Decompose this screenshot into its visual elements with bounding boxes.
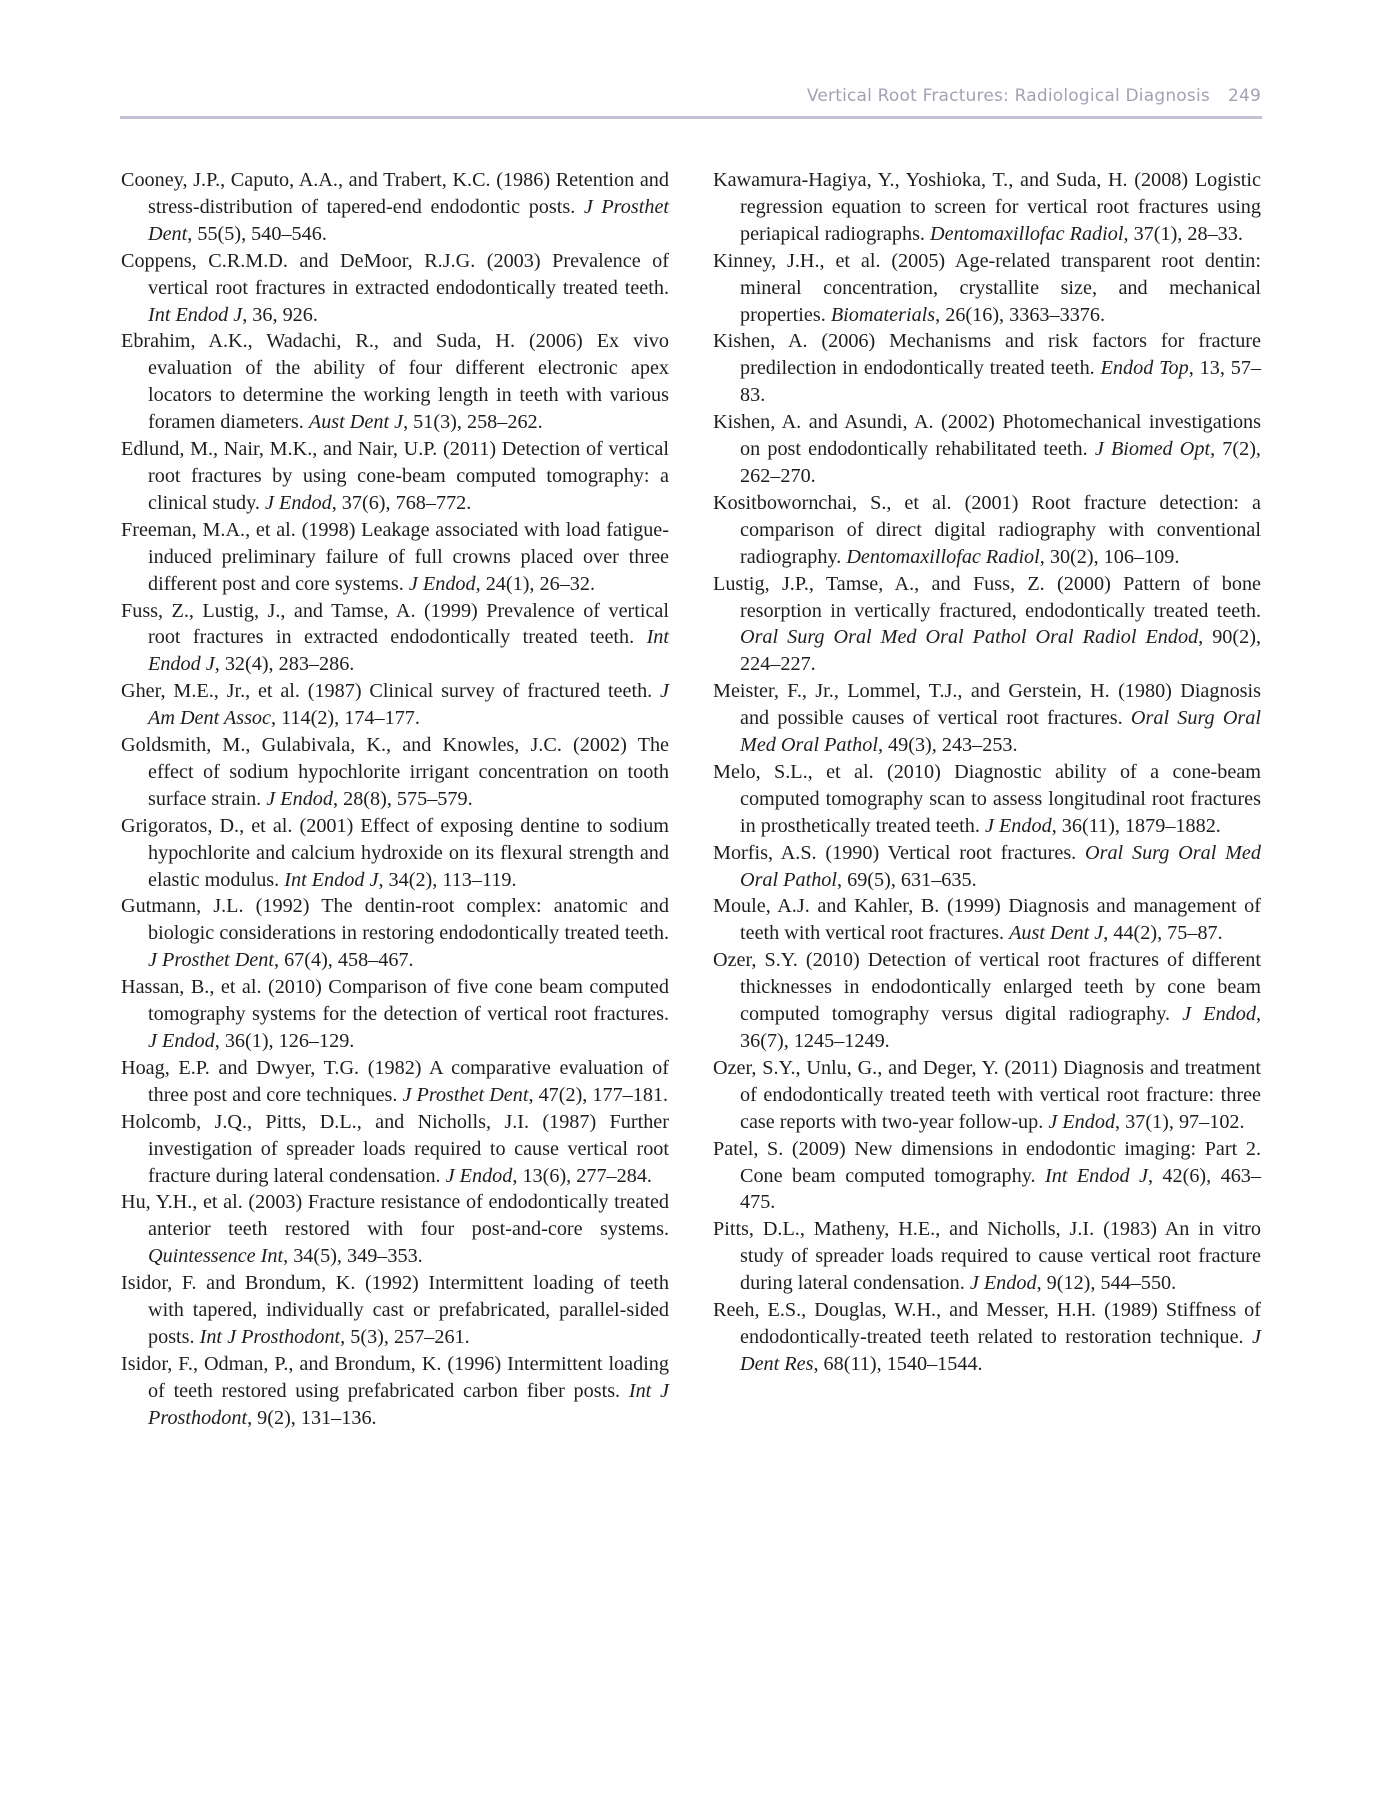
reference-entry: Kawamura-Hagiya, Y., Yoshioka, T., and S… (713, 167, 1261, 248)
journal-name: J Endod (148, 1030, 215, 1052)
reference-entry: Ebrahim, A.K., Wadachi, R., and Suda, H.… (121, 328, 669, 436)
reference-entry: Morfis, A.S. (1990) Vertical root fractu… (713, 840, 1261, 894)
reference-volume-pages: , 32(4), 283–286. (215, 653, 355, 675)
reference-entry: Hu, Y.H., et al. (2003) Fracture resista… (121, 1189, 669, 1270)
journal-name: Int J Prosthodont (200, 1326, 341, 1348)
reference-text: Gutmann, J.L. (1992) The dentin-root com… (121, 895, 669, 944)
journal-name: J Prosthet Dent (403, 1084, 529, 1106)
reference-volume-pages: , 36(1), 126–129. (215, 1030, 355, 1052)
reference-text: Lustig, J.P., Tamse, A., and Fuss, Z. (2… (713, 573, 1261, 622)
journal-name: Dentomaxillofac Radiol (930, 223, 1123, 245)
reference-volume-pages: , 24(1), 26–32. (476, 573, 595, 595)
reference-text: Isidor, F., Odman, P., and Brondum, K. (… (121, 1353, 669, 1402)
journal-name: J Endod (265, 492, 332, 514)
reference-entry: Kishen, A. and Asundi, A. (2002) Photome… (713, 409, 1261, 490)
reference-volume-pages: , 13(6), 277–284. (512, 1165, 652, 1187)
reference-volume-pages: , 37(1), 97–102. (1115, 1111, 1245, 1133)
references-column-left: Cooney, J.P., Caputo, A.A., and Trabert,… (121, 167, 669, 1432)
reference-volume-pages: , 5(3), 257–261. (340, 1326, 470, 1348)
reference-volume-pages: , 55(5), 540–546. (187, 223, 327, 245)
journal-name: Dentomaxillofac Radiol (846, 546, 1039, 568)
reference-entry: Cooney, J.P., Caputo, A.A., and Trabert,… (121, 167, 669, 248)
journal-name: Endod Top (1101, 357, 1189, 379)
reference-text: Fuss, Z., Lustig, J., and Tamse, A. (199… (121, 600, 669, 649)
journal-name: J Endod (970, 1272, 1037, 1294)
reference-text: Morfis, A.S. (1990) Vertical root fractu… (713, 842, 1085, 864)
reference-volume-pages: , 114(2), 174–177. (271, 707, 420, 729)
reference-entry: Melo, S.L., et al. (2010) Diagnostic abi… (713, 759, 1261, 840)
reference-entry: Gutmann, J.L. (1992) The dentin-root com… (121, 893, 669, 974)
page-number: 249 (1228, 86, 1261, 106)
reference-volume-pages: , 9(12), 544–550. (1037, 1272, 1177, 1294)
journal-name: Int Endod J (148, 304, 242, 326)
reference-volume-pages: , 69(5), 631–635. (837, 869, 977, 891)
journal-name: Int Endod J (284, 869, 378, 891)
reference-entry: Reeh, E.S., Douglas, W.H., and Messer, H… (713, 1297, 1261, 1378)
reference-text: Hassan, B., et al. (2010) Comparison of … (121, 976, 669, 1025)
journal-name: J Endod (409, 573, 476, 595)
journal-name: J Endod (266, 788, 333, 810)
journal-name: Oral Surg Oral Med Oral Pathol Oral Radi… (740, 626, 1198, 648)
reference-entry: Freeman, M.A., et al. (1998) Leakage ass… (121, 517, 669, 598)
journal-name: Aust Dent J (1009, 922, 1103, 944)
reference-volume-pages: , 36, 926. (242, 304, 318, 326)
reference-volume-pages: , 47(2), 177–181. (528, 1084, 668, 1106)
reference-volume-pages: , 37(1), 28–33. (1123, 223, 1242, 245)
reference-text: Reeh, E.S., Douglas, W.H., and Messer, H… (713, 1299, 1261, 1348)
reference-entry: Pitts, D.L., Matheny, H.E., and Nicholls… (713, 1216, 1261, 1297)
journal-name: J Endod (446, 1165, 513, 1187)
reference-volume-pages: , 37(6), 768–772. (332, 492, 472, 514)
journal-name: Int Endod J (1045, 1165, 1148, 1187)
reference-entry: Kishen, A. (2006) Mechanisms and risk fa… (713, 328, 1261, 409)
reference-entry: Kositbowornchai, S., et al. (2001) Root … (713, 490, 1261, 571)
reference-volume-pages: , 34(2), 113–119. (378, 869, 516, 891)
reference-volume-pages: , 26(16), 3363–3376. (935, 304, 1105, 326)
references-column-right: Kawamura-Hagiya, Y., Yoshioka, T., and S… (713, 167, 1261, 1378)
reference-volume-pages: , 30(2), 106–109. (1040, 546, 1180, 568)
reference-text: Gher, M.E., Jr., et al. (1987) Clinical … (121, 680, 660, 702)
reference-entry: Fuss, Z., Lustig, J., and Tamse, A. (199… (121, 598, 669, 679)
header-rule (120, 116, 1262, 119)
reference-text: Ozer, S.Y. (2010) Detection of vertical … (713, 949, 1261, 1025)
reference-entry: Lustig, J.P., Tamse, A., and Fuss, Z. (2… (713, 571, 1261, 679)
running-head: Vertical Root Fractures: Radiological Di… (120, 86, 1261, 106)
running-head-title: Vertical Root Fractures: Radiological Di… (807, 86, 1210, 106)
reference-volume-pages: , 28(8), 575–579. (333, 788, 473, 810)
journal-name: J Endod (1048, 1111, 1115, 1133)
journal-name: J Endod (985, 815, 1052, 837)
reference-entry: Ozer, S.Y., Unlu, G., and Deger, Y. (201… (713, 1055, 1261, 1136)
reference-entry: Edlund, M., Nair, M.K., and Nair, U.P. (… (121, 436, 669, 517)
reference-entry: Goldsmith, M., Gulabivala, K., and Knowl… (121, 732, 669, 813)
journal-name: Biomaterials (831, 304, 935, 326)
reference-entry: Patel, S. (2009) New dimensions in endod… (713, 1136, 1261, 1217)
reference-text: Coppens, C.R.M.D. and DeMoor, R.J.G. (20… (121, 250, 669, 299)
reference-entry: Moule, A.J. and Kahler, B. (1999) Diagno… (713, 893, 1261, 947)
reference-entry: Hassan, B., et al. (2010) Comparison of … (121, 974, 669, 1055)
journal-name: Aust Dent J (309, 411, 403, 433)
reference-volume-pages: , 49(3), 243–253. (878, 734, 1018, 756)
reference-entry: Isidor, F., Odman, P., and Brondum, K. (… (121, 1351, 669, 1432)
reference-volume-pages: , 67(4), 458–467. (274, 949, 414, 971)
reference-entry: Isidor, F. and Brondum, K. (1992) Interm… (121, 1270, 669, 1351)
reference-entry: Grigoratos, D., et al. (2001) Effect of … (121, 813, 669, 894)
reference-entry: Coppens, C.R.M.D. and DeMoor, R.J.G. (20… (121, 248, 669, 329)
reference-volume-pages: , 68(11), 1540–1544. (813, 1353, 982, 1375)
reference-volume-pages: , 44(2), 75–87. (1103, 922, 1222, 944)
reference-volume-pages: , 51(3), 258–262. (403, 411, 543, 433)
reference-entry: Hoag, E.P. and Dwyer, T.G. (1982) A comp… (121, 1055, 669, 1109)
journal-name: Quintessence Int (148, 1245, 283, 1267)
reference-volume-pages: , 9(2), 131–136. (247, 1407, 377, 1429)
reference-entry: Meister, F., Jr., Lommel, T.J., and Gers… (713, 678, 1261, 759)
reference-volume-pages: , 34(5), 349–353. (283, 1245, 423, 1267)
journal-name: J Prosthet Dent (148, 949, 274, 971)
reference-entry: Ozer, S.Y. (2010) Detection of vertical … (713, 947, 1261, 1055)
journal-name: J Endod (1182, 1003, 1256, 1025)
reference-entry: Holcomb, J.Q., Pitts, D.L., and Nicholls… (121, 1109, 669, 1190)
reference-text: Hu, Y.H., et al. (2003) Fracture resista… (121, 1191, 669, 1240)
journal-name: J Biomed Opt (1095, 438, 1210, 460)
reference-entry: Kinney, J.H., et al. (2005) Age-related … (713, 248, 1261, 329)
reference-entry: Gher, M.E., Jr., et al. (1987) Clinical … (121, 678, 669, 732)
reference-volume-pages: , 36(11), 1879–1882. (1052, 815, 1221, 837)
